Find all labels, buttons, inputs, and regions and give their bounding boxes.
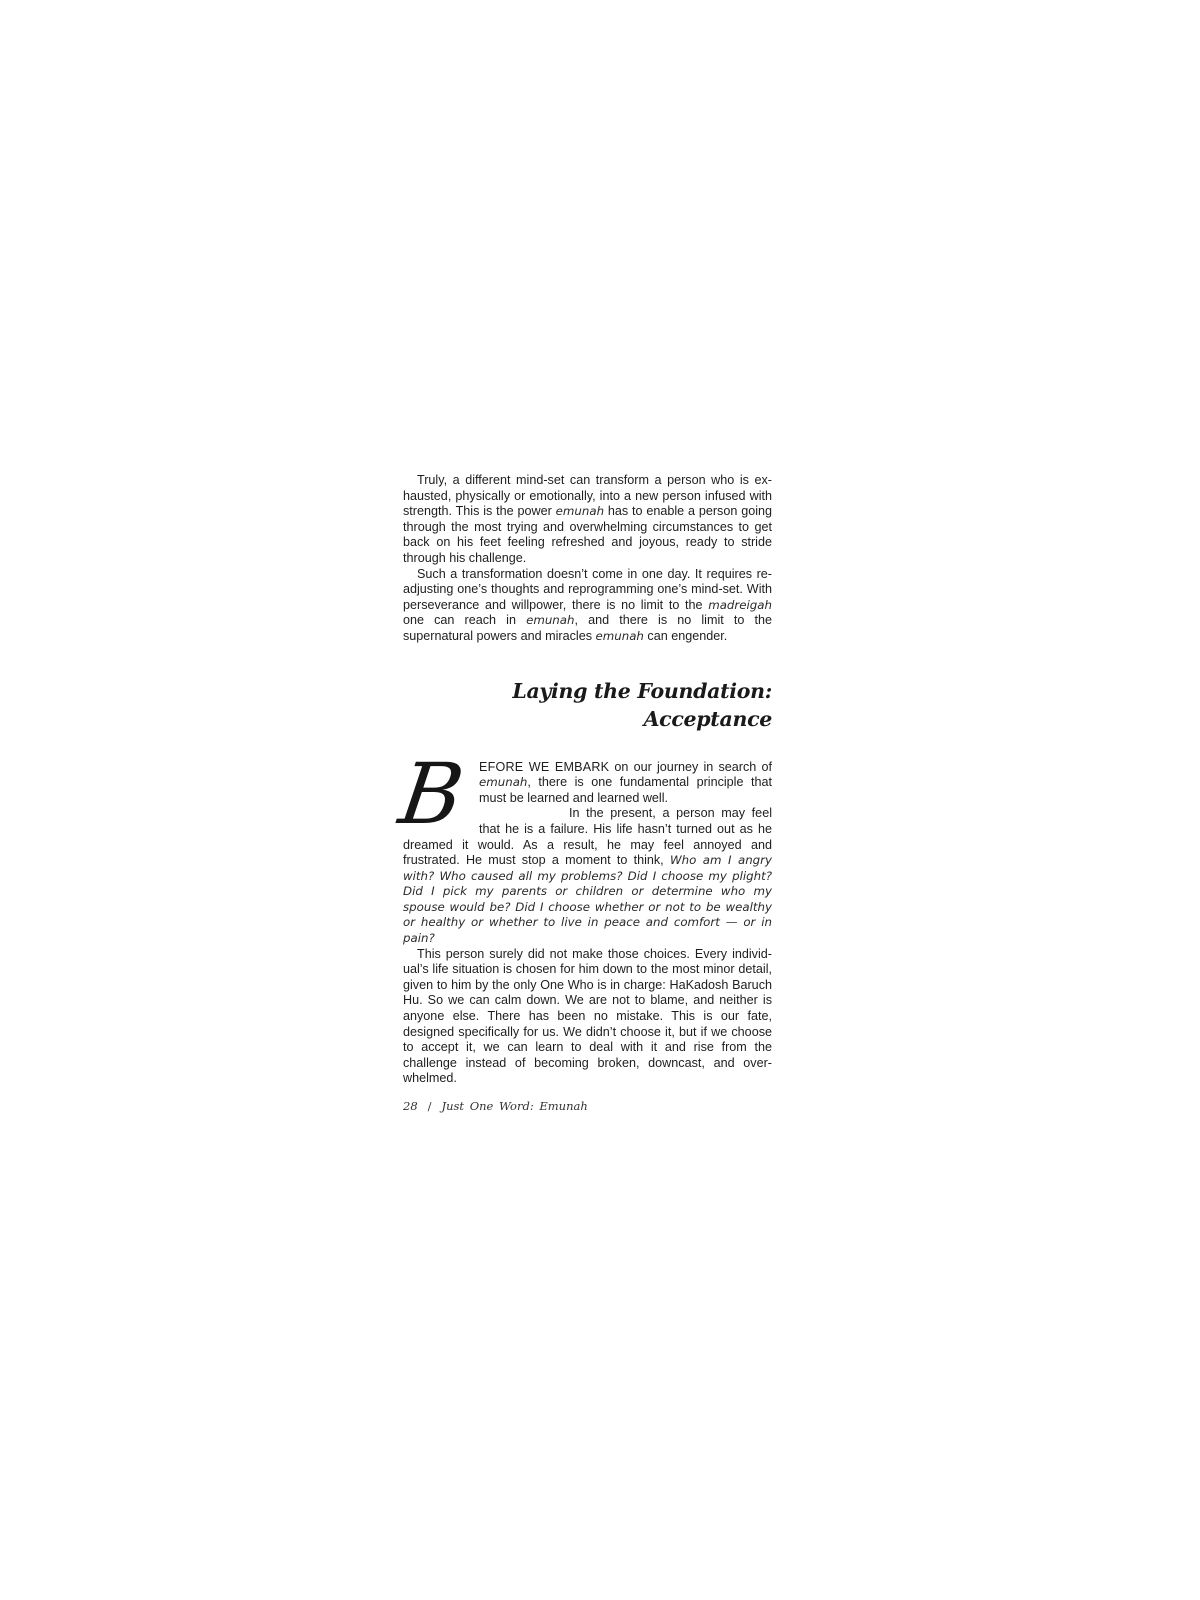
drop-cap-letter: B <box>397 760 482 823</box>
italic-term-emunah: emunah <box>479 775 527 789</box>
paragraph-text: This person surely did not make those ch… <box>403 947 772 1086</box>
paragraph-text: can engender. <box>644 629 727 643</box>
italic-term-emunah: emunah <box>526 613 574 627</box>
section-heading-line-2: Acceptance <box>644 707 772 731</box>
running-book-title: Just One Word: Emunah <box>442 1099 588 1113</box>
intro-paragraph-2: Such a transformation doesn’t come in on… <box>403 567 772 645</box>
section-body: BEFORE WE EMBARK on our journey in searc… <box>403 760 772 1087</box>
paragraph-text: one can reach in <box>403 613 526 627</box>
paragraph-failure: In the present, a person may feel that h… <box>403 806 772 946</box>
section-heading: Laying the Foundation: Acceptance <box>403 677 772 733</box>
paragraph-text: on our journey in search of <box>609 760 772 774</box>
opening-caps: EFORE WE EMBARK <box>479 760 609 774</box>
intro-paragraph-1: Truly, a different mind-set can transfor… <box>403 473 772 567</box>
book-page: Truly, a different mind-set can transfor… <box>403 473 772 1115</box>
italic-term-emunah: emunah <box>556 504 604 518</box>
italic-term-emunah: emunah <box>596 629 644 643</box>
opening-paragraph: BEFORE WE EMBARK on our journey in searc… <box>403 760 772 807</box>
page-number: 28 <box>403 1099 418 1113</box>
section-heading-line-1: Laying the Foundation: <box>512 679 772 703</box>
paragraph-acceptance: This person surely did not make those ch… <box>403 947 772 1087</box>
footer-separator: / <box>428 1099 432 1115</box>
italic-term-madreigah: madreigah <box>708 598 772 612</box>
page-footer: 28/Just One Word: Emunah <box>403 1099 772 1115</box>
